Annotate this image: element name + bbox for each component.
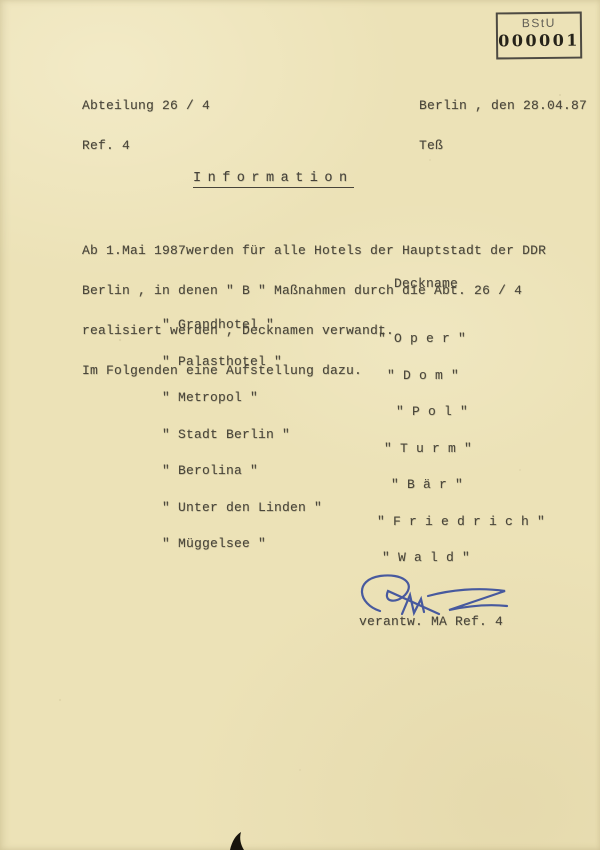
table-row: " Stadt Berlin " " T u r m " <box>0 415 600 431</box>
hotel-name: " Stadt Berlin " <box>162 428 290 441</box>
body-line: Ab 1.Mai 1987werden für alle Hotels der … <box>82 244 546 257</box>
place-date-line: Berlin , den 28.04.87 <box>419 99 587 112</box>
document-page: BStU 000001 Abteilung 26 / 4 Ref. 4 Berl… <box>0 0 600 850</box>
hotel-name: " Grandhotel " <box>162 318 274 331</box>
document-title: Information <box>193 171 354 188</box>
table-row: " Grandhotel " " O p e r " <box>0 305 600 321</box>
hotel-name: " Unter den Linden " <box>162 501 322 514</box>
referat-line: Ref. 4 <box>82 139 210 152</box>
body-line: realisiert werden , Decknamen verwandt. <box>82 324 546 337</box>
signature-caption: verantw. MA Ref. 4 <box>359 615 503 628</box>
table-row: " Müggelsee " " W a l d " <box>0 524 600 540</box>
code-name: " W a l d " <box>382 551 470 564</box>
table-row: " Metropol " " P o l " <box>0 378 600 394</box>
department-line: Abteilung 26 / 4 <box>82 99 210 112</box>
body-line: Im Folgenden eine Aufstellung dazu. <box>82 364 546 377</box>
stamp-org-label: BStU <box>498 16 580 31</box>
deckname-column-header: Deckname <box>394 277 458 290</box>
table-row: " Palasthotel " " D o m " <box>0 342 600 358</box>
body-line: Berlin , in denen " B " Maßnahmen durch … <box>82 284 546 297</box>
table-row: " Berolina " " B ä r " <box>0 451 600 467</box>
header-department: Abteilung 26 / 4 Ref. 4 <box>82 72 210 179</box>
stamp-page-number: 000001 <box>498 31 580 51</box>
header-dateline: Berlin , den 28.04.87 Teß <box>419 72 587 179</box>
bstu-stamp: BStU 000001 <box>496 12 582 60</box>
hotel-name: " Metropol " <box>162 391 258 404</box>
table-row: " Unter den Linden " " F r i e d r i c h… <box>0 488 600 504</box>
page-tear-mark <box>223 830 249 850</box>
hotel-name: " Palasthotel " <box>162 355 282 368</box>
hotel-name: " Müggelsee " <box>162 537 266 550</box>
signer-name-line: Teß <box>419 139 587 152</box>
hotel-name: " Berolina " <box>162 464 258 477</box>
